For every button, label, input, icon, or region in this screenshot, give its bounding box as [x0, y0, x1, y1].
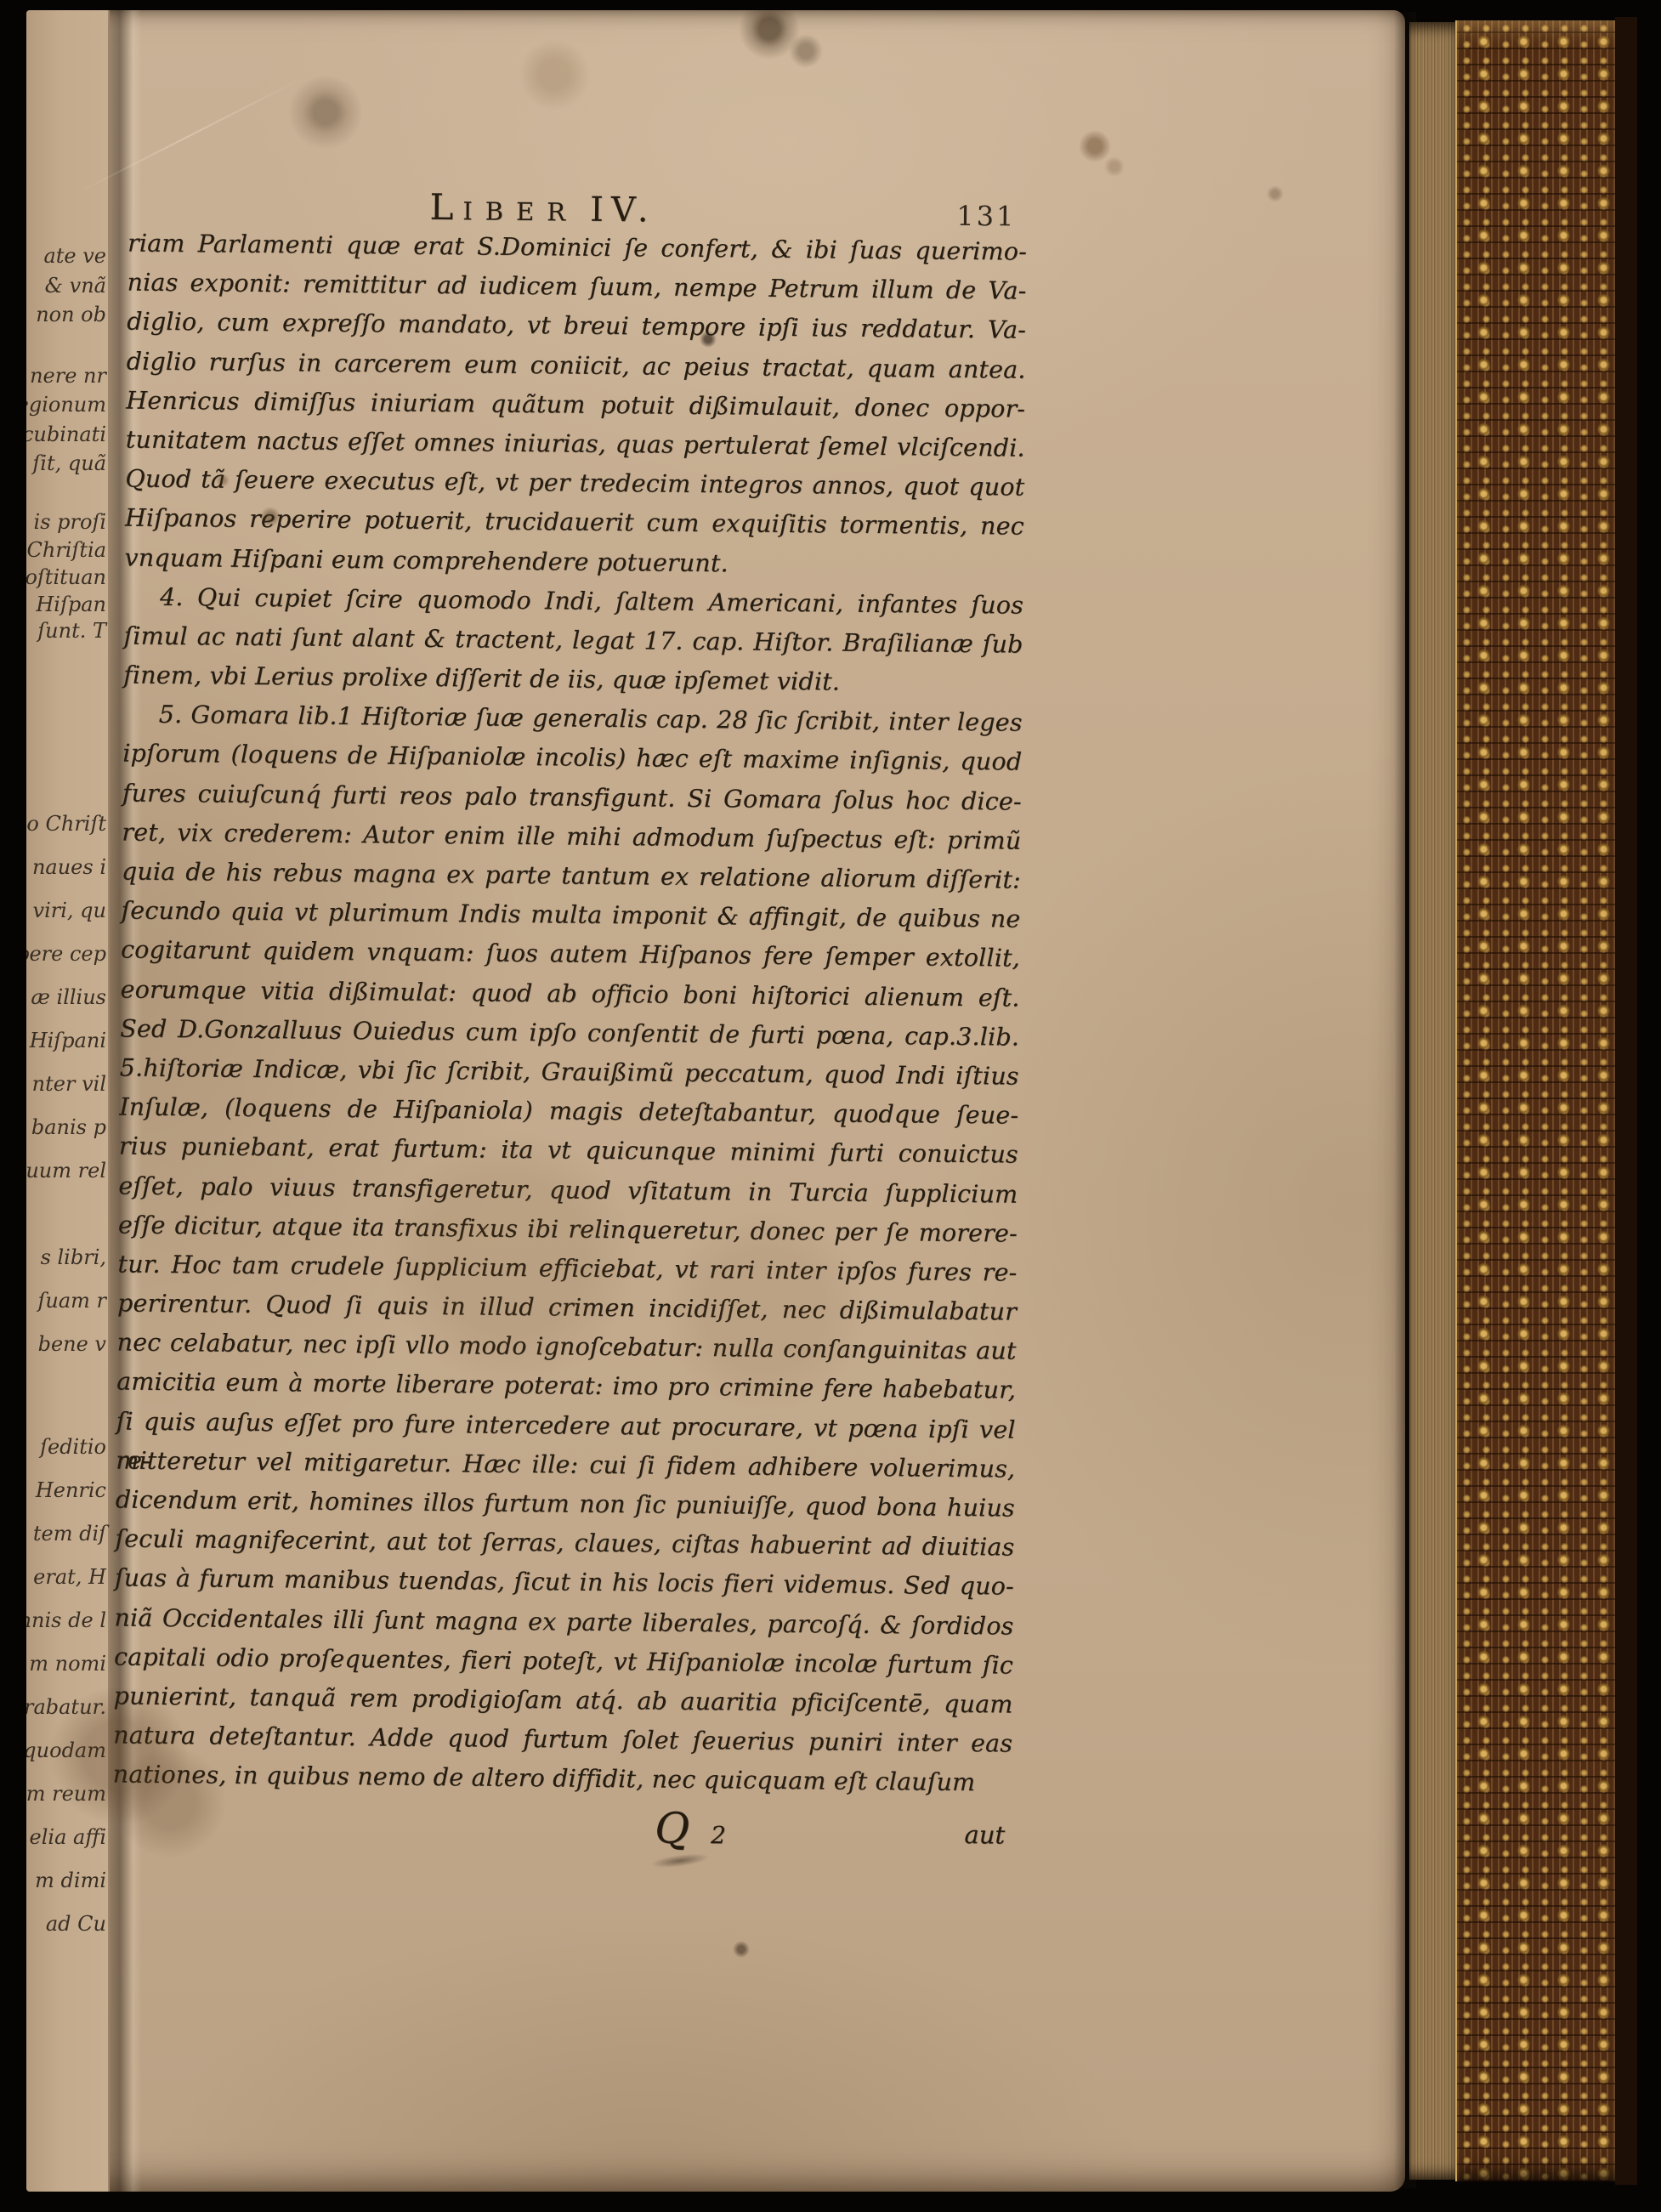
- ink-smear: [649, 1851, 710, 1870]
- text-line: nationes, in quibus nemo de altero diffi…: [113, 1755, 1012, 1803]
- page-number: 131: [956, 200, 1016, 233]
- signature-mark: Q: [655, 1804, 690, 1853]
- running-header: LIBERIV.: [429, 186, 656, 230]
- catchword: aut: [920, 1820, 1005, 1850]
- text-column: riam Parlamenti quæ erat S.Dominici ſe c…: [113, 224, 1028, 1803]
- book-photo: ate ve& vnãnon obnere nregionumcubinatiſ…: [0, 0, 1661, 2212]
- book-page: ate ve& vnãnon obnere nregionumcubinatiſ…: [26, 10, 1405, 2192]
- printed-area: LIBERIV. 131 riam Parlamenti quæ erat S.…: [8, 7, 1408, 2201]
- gilt-fore-edge: [1455, 20, 1617, 2181]
- header-rest: IBER: [462, 196, 578, 226]
- header-initial: L: [429, 186, 455, 228]
- page-block-edges: [1409, 22, 1455, 2180]
- binding-edge: [1615, 17, 1637, 2185]
- header-numeral: IV.: [590, 190, 656, 230]
- signature-number: 2: [711, 1821, 726, 1849]
